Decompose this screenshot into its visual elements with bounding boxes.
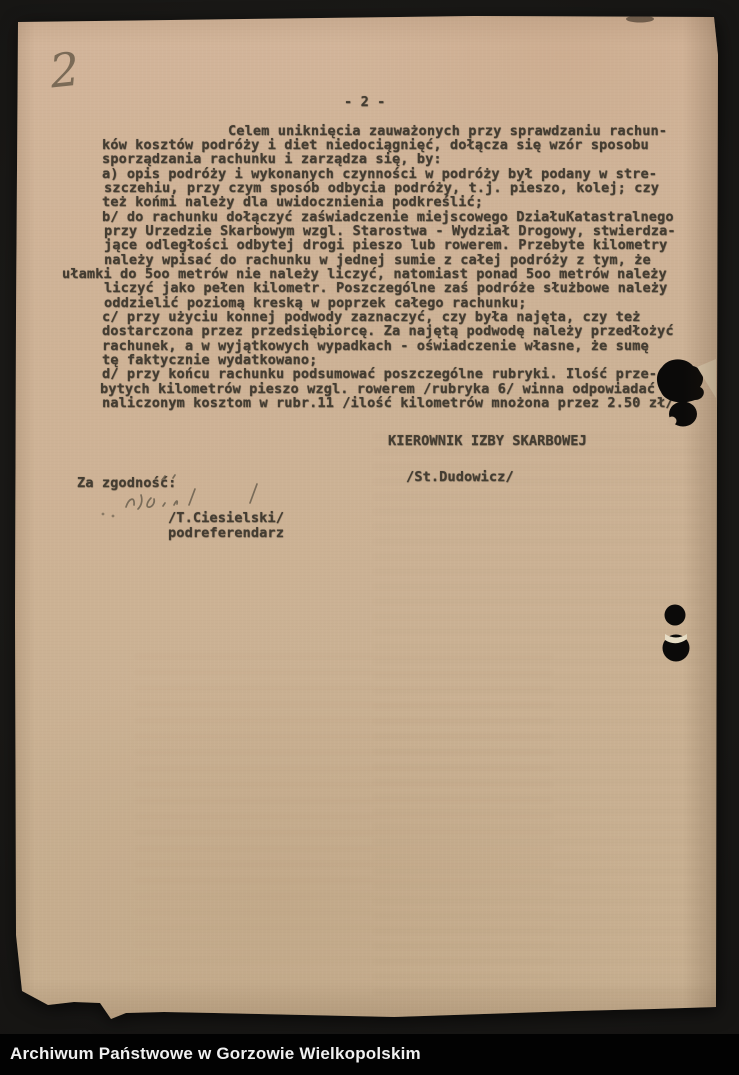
archive-footer-bar: Archiwum Państwowe w Gorzowie Wielkopols… xyxy=(0,1034,739,1075)
typed-line: dostarczona przez przedsiębiorcę. Za naj… xyxy=(102,323,674,339)
pencil-dot xyxy=(112,515,115,518)
certify-label: Za zgodność: xyxy=(77,475,176,491)
handwritten-page-number: 2 xyxy=(47,42,82,99)
ink-blot-notch xyxy=(668,417,677,426)
closing-title: KIEROWNIK IZBY SKARBOWEJ xyxy=(388,433,587,449)
punch-hole-dot xyxy=(665,605,686,626)
archive-name-label: Archiwum Państwowe w Gorzowie Wielkopols… xyxy=(10,1034,421,1074)
torn-corner xyxy=(697,359,716,398)
typed-line: liczyć jako pełen kilometr. Poszczególne… xyxy=(104,280,667,296)
closing-signature: /St.Dudowicz/ xyxy=(406,469,514,485)
punch-hole-notch xyxy=(665,634,687,643)
scan-background: 2 - 2 - Celem uniknięcia zauważonych prz… xyxy=(0,0,739,1075)
page-number-header: - 2 - xyxy=(344,94,385,110)
certify-role: podreferendarz xyxy=(168,525,284,541)
typed-line: d/ przy końcu rachunku podsumować poszcz… xyxy=(102,366,657,382)
typed-line: też końmi należy dla uwidocznienia podkr… xyxy=(102,194,483,210)
document-page: 2 - 2 - Celem uniknięcia zauważonych prz… xyxy=(14,15,718,1020)
typed-line: naliczonym kosztom w rubr.11 /ilość kilo… xyxy=(102,395,674,411)
typed-line: jące odległości odbytej drogi pieszo lub… xyxy=(104,237,667,253)
edge-smudge xyxy=(626,16,654,23)
typed-line: sporządzania rachunku i zarządza się, by… xyxy=(102,151,442,167)
punch-hole-dot xyxy=(663,635,690,662)
paper-shadow-wrap: 2 - 2 - Celem uniknięcia zauważonych prz… xyxy=(0,0,739,1075)
certify-name: /T.Ciesielski/ xyxy=(168,510,284,526)
reverse-side-bleed-through xyxy=(374,435,704,1005)
pencil-dot xyxy=(102,513,105,516)
reverse-side-bleed-through xyxy=(134,655,554,985)
